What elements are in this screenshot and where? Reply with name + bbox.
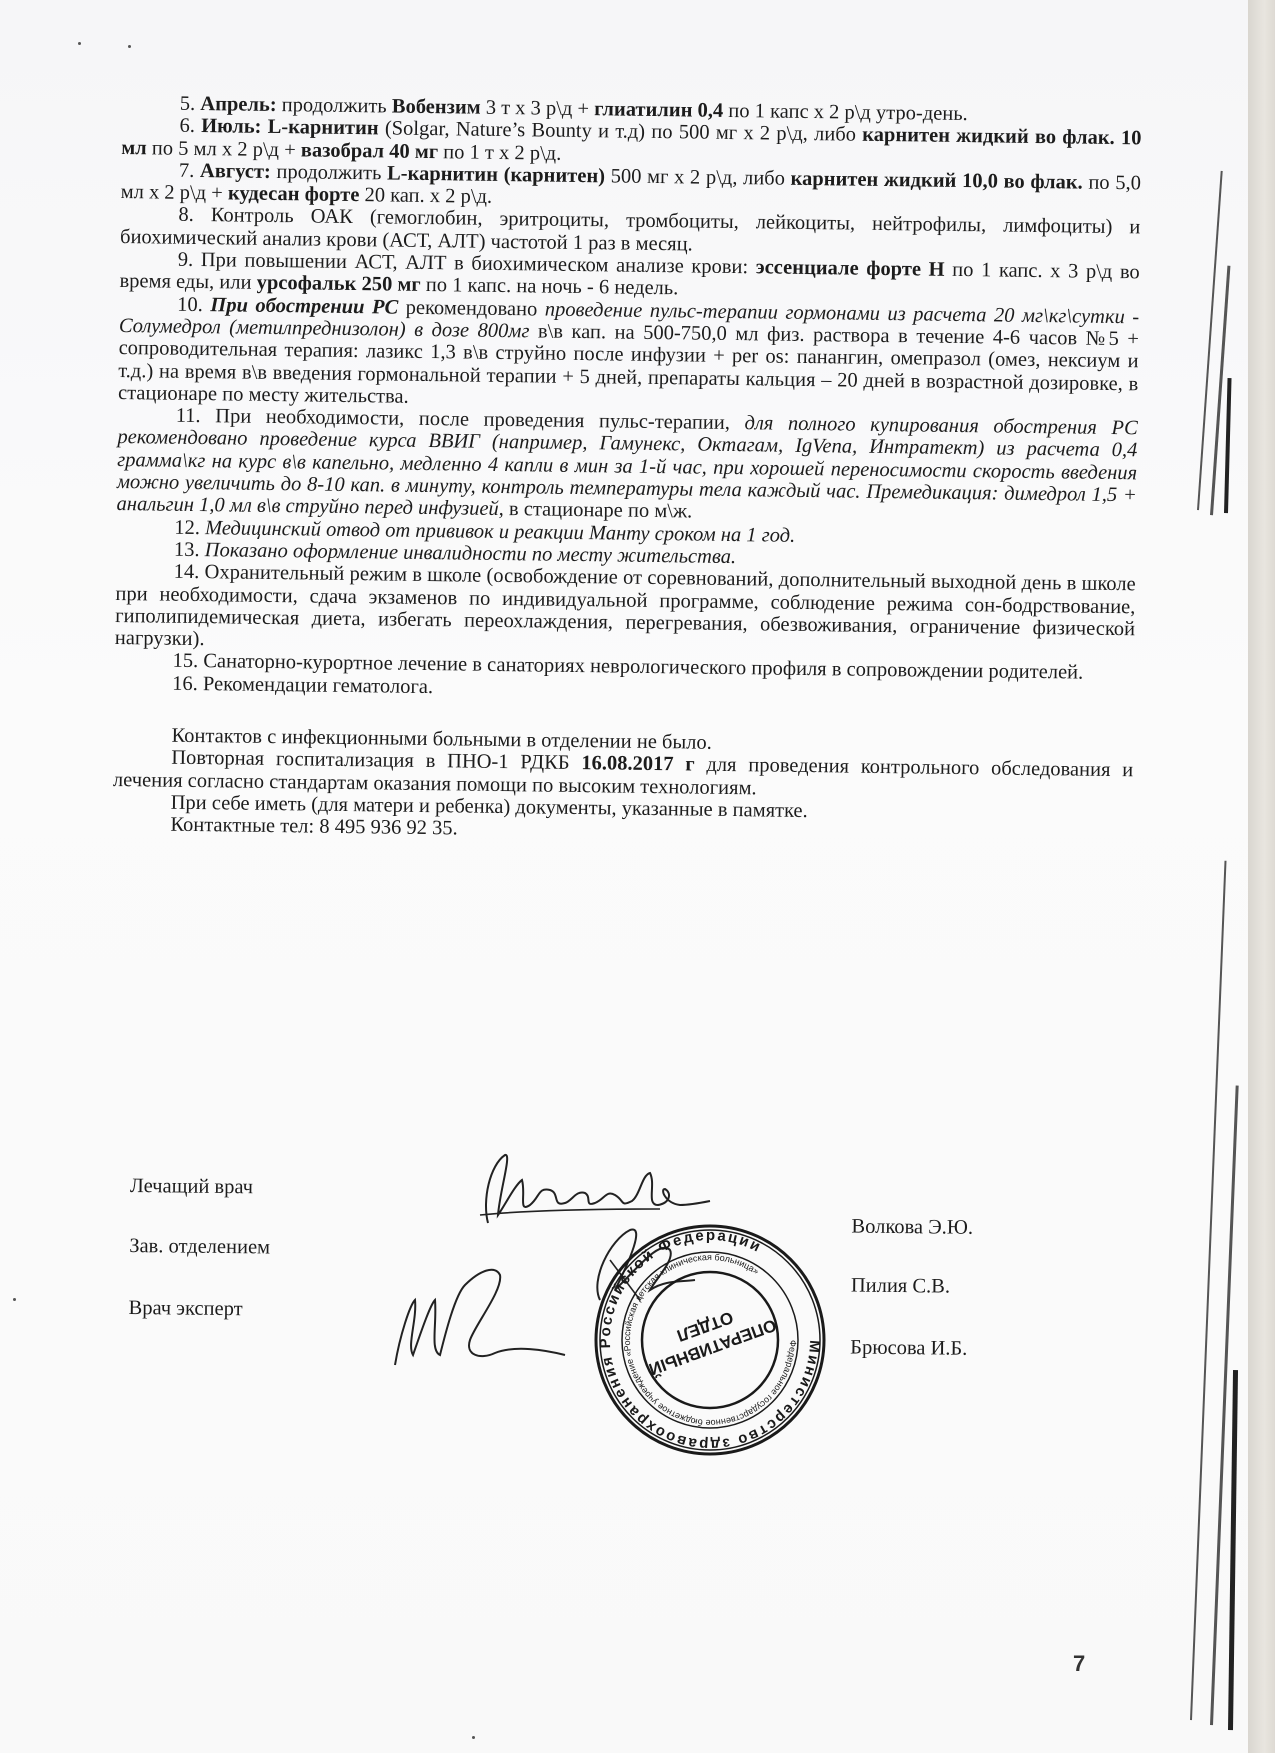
name-expert-doctor: Брюсова И.Б.	[850, 1337, 967, 1361]
item-number: 16.	[172, 672, 198, 694]
name-attending-doctor: Волкова Э.Ю.	[851, 1216, 973, 1240]
recommendations-list: 5. Апрель: продолжить Вобензим 3 т х 3 р…	[114, 92, 1142, 707]
item-number: 14.	[174, 561, 200, 583]
item-text-segment: продолжить	[271, 161, 388, 185]
signature-attending-doctor	[460, 1145, 720, 1230]
item-text-segment: 3 т х 3 р\д +	[481, 97, 595, 120]
item-text-segment: Вобензим	[392, 96, 481, 119]
item-text-segment: эссенциале форте Н	[756, 256, 945, 280]
rehosp-date: 16.08.2017 г	[581, 752, 695, 775]
item-number: 15.	[172, 650, 198, 672]
item-number: 9.	[178, 249, 194, 271]
scan-speck	[128, 45, 131, 48]
item-number: 13.	[174, 539, 200, 561]
item-text-segment: Охранительный режим в школе (освобождени…	[115, 561, 1136, 650]
item-text-segment: рекомендовано	[398, 296, 545, 320]
page-number: 7	[1073, 1651, 1085, 1677]
official-stamp: Министерство здравоохранения Российской …	[590, 1220, 830, 1460]
role-expert-doctor: Врач эксперт	[128, 1297, 242, 1321]
item-text-segment: кудесан форте	[228, 183, 360, 207]
role-attending-doctor: Лечащий врач	[130, 1175, 253, 1199]
item-number: 12.	[174, 516, 200, 538]
name-head-of-department: Пилия С.В.	[851, 1275, 950, 1299]
item-number: 8.	[178, 204, 194, 226]
recommendation-item: 14. Охранительный режим в школе (освобож…	[115, 560, 1136, 663]
scan-speck	[472, 1736, 475, 1739]
item-text-segment: урсофальк 250 мг	[257, 272, 421, 296]
item-text-segment: карнитен жидкий 10,0 во флак.	[790, 168, 1082, 194]
signature-expert-doctor	[385, 1245, 585, 1375]
item-text-segment: Июль: L-карнитин	[201, 115, 379, 139]
document-body: 5. Апрель: продолжить Вобензим 3 т х 3 р…	[112, 92, 1142, 849]
item-number: 7.	[179, 160, 195, 182]
item-text-segment: 500 мг х 2 р\д, либо	[605, 165, 791, 189]
item-text-segment: в стационаре по м\ж.	[504, 498, 693, 522]
scan-speck	[78, 42, 81, 45]
item-text-segment: по 1 капс х 2 р\д утро-день.	[723, 100, 968, 125]
item-text-segment: Рекомендации гематолога.	[203, 673, 433, 698]
item-text-segment: вазобрал 40 мг	[301, 139, 439, 163]
recommendation-item: 11. При необходимости, после проведения …	[116, 404, 1137, 529]
item-text-segment: глиатилин 0,4	[594, 98, 723, 122]
recommendation-item: 10. При обострении РС рекомендовано пров…	[118, 293, 1139, 418]
scan-speck	[13, 1298, 16, 1301]
item-number: 5.	[180, 93, 196, 115]
item-text-segment: по 5 мл х 2 р\д +	[147, 137, 301, 161]
item-text-segment: L-карнитин (карнитен)	[387, 162, 605, 187]
item-text-segment: по 1 т х 2 р\д.	[438, 141, 561, 165]
scan-edge	[1248, 0, 1275, 1753]
item-text-segment: Апрель:	[200, 93, 277, 116]
item-text-segment: продолжить	[276, 94, 391, 118]
item-number: 11.	[176, 405, 201, 427]
item-number: 10.	[177, 293, 203, 315]
item-text-segment: 20 кап. х 2 р\д.	[359, 184, 492, 208]
role-head-of-department: Зав. отделением	[129, 1235, 270, 1259]
item-text-segment: по 1 капс. на ночь - 6 недель.	[421, 274, 679, 299]
item-text-segment: Август:	[200, 160, 271, 183]
item-text-segment: При обострении РС	[210, 294, 398, 318]
item-number: 6.	[179, 115, 195, 137]
